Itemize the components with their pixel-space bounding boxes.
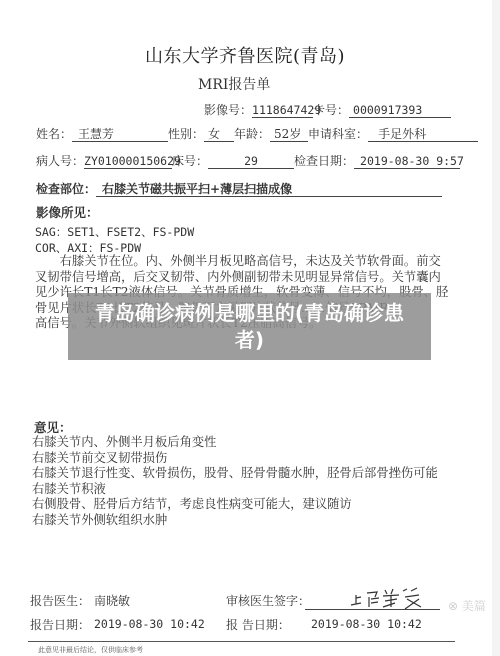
findings-line: 叉韧带信号增高，后交叉韧带、内外侧副韧带未见明显异常信号。关节囊内 bbox=[35, 270, 448, 286]
report-date-value: 2019-08-30 10:42 bbox=[94, 617, 205, 631]
exam-site-label: 检查部位： bbox=[36, 182, 96, 196]
page-edge-strip bbox=[492, 0, 500, 656]
findings-line: 右膝关节在位。内、外侧半月板见略高信号，未达及关节软骨面。前交 bbox=[35, 254, 448, 270]
name-label: 姓名： bbox=[36, 127, 72, 141]
bed-value: 29 bbox=[208, 154, 294, 169]
opinion-item: 右膝关节退行性变、软骨损伤，股骨、胫骨骨髓水肿，胫骨后部骨挫伤可能 bbox=[32, 466, 438, 482]
report-date-value-2: 2019-08-30 10:42 bbox=[311, 617, 422, 631]
image-no-label: 影像号： bbox=[204, 103, 252, 117]
article-title-overlay: 青岛确诊病例是哪里的(青岛确诊患者) bbox=[68, 293, 431, 360]
footer-divider bbox=[28, 641, 455, 642]
opinion-item: 右侧股骨、胫骨后方结节，考虑良性病变可能大，建议随访 bbox=[32, 497, 438, 513]
exam-date-value: 2019-08-30 9:57 bbox=[354, 154, 460, 169]
review-signature bbox=[347, 585, 427, 611]
image-number-row: 影像号：1118647429卡号：0000917393 bbox=[204, 99, 451, 118]
patient-no-label: 病人号： bbox=[36, 154, 84, 168]
sex-value: 女 bbox=[204, 127, 234, 142]
opinion-item: 右膝关节内、外侧半月板后角变性 bbox=[32, 435, 438, 451]
name-value: 王慧芳 bbox=[72, 127, 168, 142]
meipian-watermark: ⊗ 美篇 bbox=[448, 597, 486, 614]
opinion-list: 右膝关节内、外侧半月板后角变性 右膝关节前交叉韧带损伤 右膝关节退行性变、软骨损… bbox=[32, 435, 438, 528]
overlay-title-text: 青岛确诊病例是哪里的(青岛确诊患者) bbox=[85, 300, 415, 354]
review-doctor-label: 审核医生签字： bbox=[226, 592, 310, 609]
dept-value: 手足外科 bbox=[368, 127, 478, 142]
report-date-label-2: 报 告日期： bbox=[226, 616, 290, 633]
exam-site-row: 检查部位：右膝关节磁共振平扫+薄层扫描成像 bbox=[36, 178, 442, 197]
age-value: 52岁 bbox=[270, 127, 308, 142]
watermark-logo-icon: ⊗ bbox=[448, 599, 458, 613]
signature-line bbox=[305, 609, 440, 610]
report-doctor-name: 南晓敏 bbox=[94, 592, 130, 609]
report-date-label: 报告日期： bbox=[30, 616, 90, 633]
findings-label: 影像所见： bbox=[36, 203, 99, 221]
watermark-text: 美篇 bbox=[462, 599, 486, 613]
patient-info-row-2: 病人号：ZY010000150629床号：29检查日期：2019-08-30 9… bbox=[36, 150, 460, 169]
exam-date-label: 检查日期： bbox=[294, 154, 354, 168]
opinion-item: 右膝关节前交叉韧带损伤 bbox=[32, 451, 438, 467]
opinion-item: 右膝关节外侧软组织水肿 bbox=[32, 513, 438, 529]
opinion-label: 意见： bbox=[34, 418, 72, 436]
report-type-title: MRI报告单 bbox=[198, 74, 270, 94]
card-no-value: 0000917393 bbox=[349, 103, 451, 118]
patient-info-row-1: 姓名：王慧芳性别：女年龄：52岁申请科室：手足外科 bbox=[36, 123, 478, 142]
opinion-item: 右膝关节积液 bbox=[32, 482, 438, 498]
age-label: 年龄： bbox=[234, 127, 270, 141]
footnote: 此意见非最后结论，仅供临床参考 bbox=[38, 645, 143, 655]
dept-label: 申请科室： bbox=[308, 127, 368, 141]
hospital-title: 山东大学齐鲁医院(青岛) bbox=[145, 42, 345, 68]
report-doctor-label: 报告医生： bbox=[30, 592, 90, 609]
bed-label: 床号： bbox=[172, 154, 208, 168]
exam-site-value: 右膝关节磁共振平扫+薄层扫描成像 bbox=[96, 182, 442, 197]
image-no-value: 1118647429 bbox=[252, 103, 313, 118]
sex-label: 性别： bbox=[168, 127, 204, 141]
findings-sequence-1: SAG：SET1、FSET2、FS-PDW bbox=[35, 224, 194, 240]
card-no-label: 卡号： bbox=[313, 103, 349, 117]
patient-no-value: ZY010000150629 bbox=[84, 154, 172, 169]
